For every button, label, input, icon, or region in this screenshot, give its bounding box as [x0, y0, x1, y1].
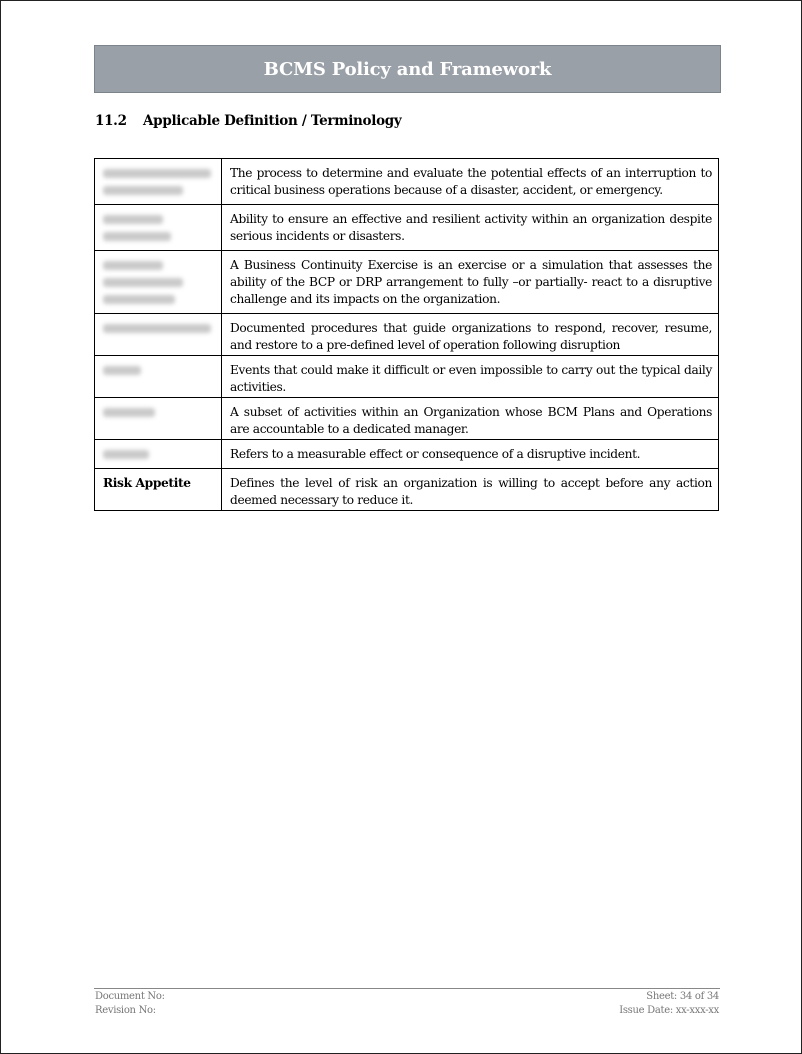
footer-divider [94, 988, 720, 989]
term-cell [95, 205, 222, 251]
redacted-term [103, 232, 171, 241]
definition-cell: The process to determine and evaluate th… [222, 159, 719, 205]
table-row: Ability to ensure an effective and resil… [95, 205, 719, 251]
footer-left: Document No: Revision No: [95, 990, 165, 1018]
issue-date: Issue Date: xx-xxx-xx [619, 1004, 719, 1018]
term-cell [95, 398, 222, 440]
section-title: Applicable Definition / Terminology [143, 113, 401, 129]
revision-no: Revision No: [95, 1004, 165, 1018]
section-number: 11.2 [95, 113, 143, 129]
redacted-term [103, 215, 163, 224]
table-row: A Business Continuity Exercise is an exe… [95, 251, 719, 314]
definition-cell: Refers to a measurable effect or consequ… [222, 440, 719, 469]
definition-cell: Documented procedures that guide organiz… [222, 314, 719, 356]
table-row: A subset of activities within an Organiz… [95, 398, 719, 440]
redacted-term [103, 295, 175, 304]
redacted-term [103, 278, 183, 287]
redacted-term [103, 366, 141, 375]
section-heading: 11.2 Applicable Definition / Terminology [95, 113, 401, 129]
redacted-term [103, 261, 163, 270]
sheet-number: Sheet: 34 of 34 [619, 990, 719, 1004]
definitions-table: The process to determine and evaluate th… [94, 158, 719, 511]
term-label: Risk Appetite [103, 476, 191, 490]
redacted-term [103, 408, 155, 417]
header-banner: BCMS Policy and Framework [94, 45, 721, 93]
term-cell [95, 251, 222, 314]
term-cell [95, 356, 222, 398]
definition-cell: Events that could make it difficult or e… [222, 356, 719, 398]
footer-right: Sheet: 34 of 34 Issue Date: xx-xxx-xx [619, 990, 719, 1018]
document-title: BCMS Policy and Framework [264, 59, 552, 80]
redacted-term [103, 186, 183, 195]
term-cell [95, 440, 222, 469]
table-row: Events that could make it difficult or e… [95, 356, 719, 398]
redacted-term [103, 324, 211, 333]
definition-cell: A Business Continuity Exercise is an exe… [222, 251, 719, 314]
term-cell [95, 314, 222, 356]
redacted-term [103, 169, 211, 178]
term-cell: Risk Appetite [95, 469, 222, 511]
definition-cell: Defines the level of risk an organizatio… [222, 469, 719, 511]
term-cell [95, 159, 222, 205]
table-row: The process to determine and evaluate th… [95, 159, 719, 205]
table-row: Documented procedures that guide organiz… [95, 314, 719, 356]
definition-cell: A subset of activities within an Organiz… [222, 398, 719, 440]
document-no: Document No: [95, 990, 165, 1004]
definition-cell: Ability to ensure an effective and resil… [222, 205, 719, 251]
table-row: Risk AppetiteDefines the level of risk a… [95, 469, 719, 511]
redacted-term [103, 450, 149, 459]
table-row: Refers to a measurable effect or consequ… [95, 440, 719, 469]
